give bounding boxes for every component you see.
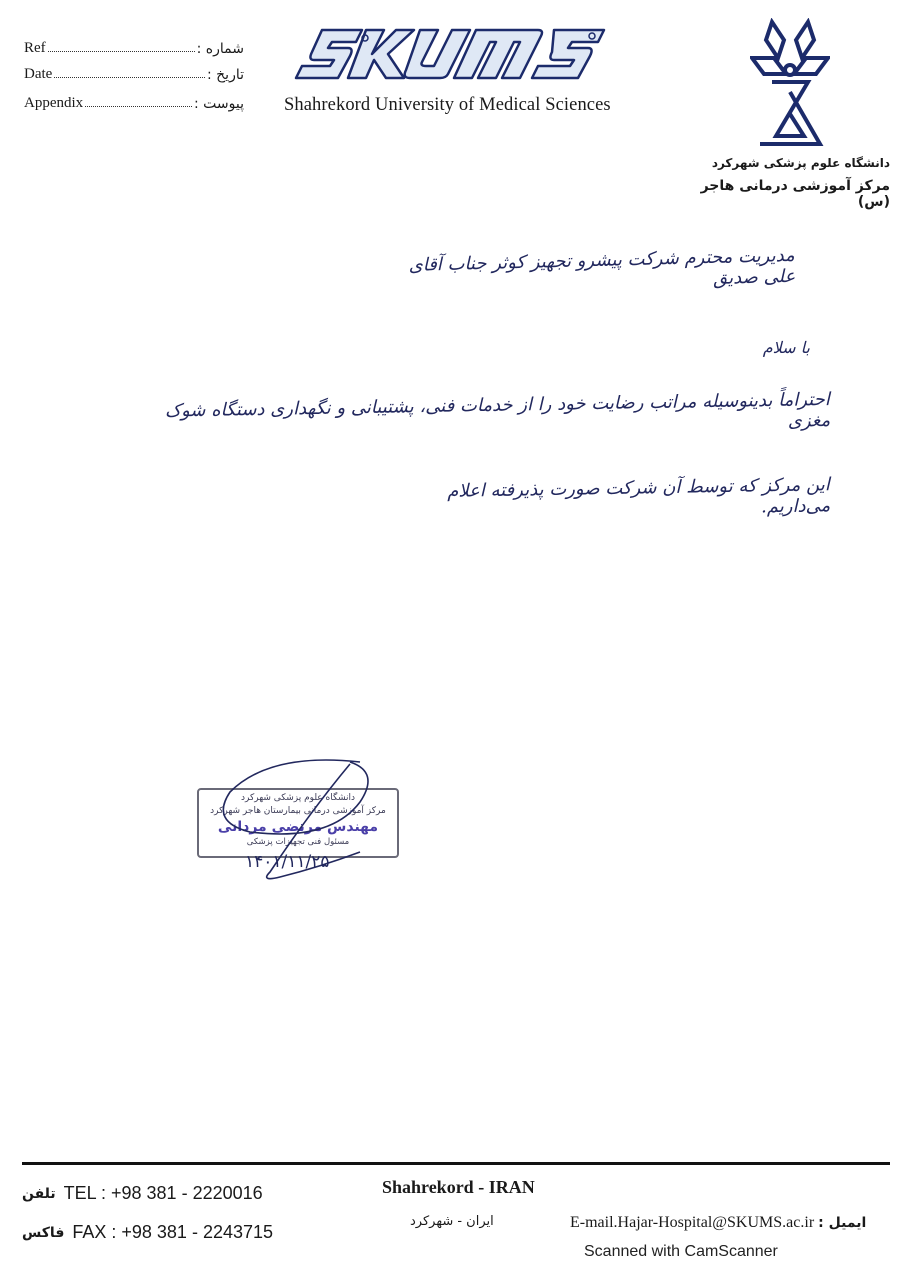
email-label-fa: ایمیل : xyxy=(818,1215,866,1231)
university-name-fa: دانشگاه علوم پزشکی شهرکرد xyxy=(690,156,890,170)
date-label: Date xyxy=(24,66,52,83)
letter-recipient: مدیریت محترم شرکت پیشرو تجهیز کوثر جناب … xyxy=(400,245,796,297)
ref-field: Ref شماره : xyxy=(24,35,244,57)
footer-divider xyxy=(22,1162,890,1165)
ref-label-fa: شماره : xyxy=(197,41,244,57)
hospital-center-name: مرکز آموزشی درمانی هاجر (س) xyxy=(690,178,890,210)
footer-city: Shahrekord - IRAN xyxy=(382,1177,535,1198)
appendix-label-fa: پیوست : xyxy=(194,96,244,112)
ref-label: Ref xyxy=(24,40,46,57)
appendix-dotted-line xyxy=(85,106,192,107)
skums-logo-icon xyxy=(292,24,612,84)
appendix-label: Appendix xyxy=(24,95,83,112)
letter-greeting: با سلام xyxy=(700,338,810,357)
footer-email: E-mail.Hajar-Hospital@SKUMS.ac.ir ایمیل … xyxy=(570,1214,866,1232)
tel-label-fa: تلفن xyxy=(22,1186,56,1202)
email-address: E-mail.Hajar-Hospital@SKUMS.ac.ir xyxy=(570,1214,814,1232)
letter-body-line-1: احتراماً بدینوسیله مراتب رضایت خود را از… xyxy=(140,389,831,443)
fax-number: FAX : +98 381 - 2243715 xyxy=(72,1222,273,1243)
footer-fax: فاکس FAX : +98 381 - 2243715 xyxy=(22,1222,273,1243)
university-emblem-icon xyxy=(750,18,830,148)
university-name: Shahrekord University of Medical Science… xyxy=(284,95,611,116)
date-label-fa: تاریخ : xyxy=(207,67,244,83)
footer-city-fa: ایران - شهرکرد xyxy=(410,1214,494,1229)
ref-dotted-line xyxy=(48,51,195,52)
letter-body-line-2: این مرکز که توسط آن شرکت صورت پذیرفته اع… xyxy=(390,474,831,524)
tel-number: TEL : +98 381 - 2220016 xyxy=(64,1183,263,1204)
date-field: Date تاریخ : xyxy=(24,61,244,83)
fax-label-fa: فاکس xyxy=(22,1225,64,1241)
signature-icon xyxy=(210,752,410,887)
footer-telephone: تلفن TEL : +98 381 - 2220016 xyxy=(22,1183,263,1204)
date-dotted-line xyxy=(54,77,205,78)
scanner-watermark: Scanned with CamScanner xyxy=(584,1243,778,1261)
appendix-field: Appendix پیوست : xyxy=(24,90,244,112)
